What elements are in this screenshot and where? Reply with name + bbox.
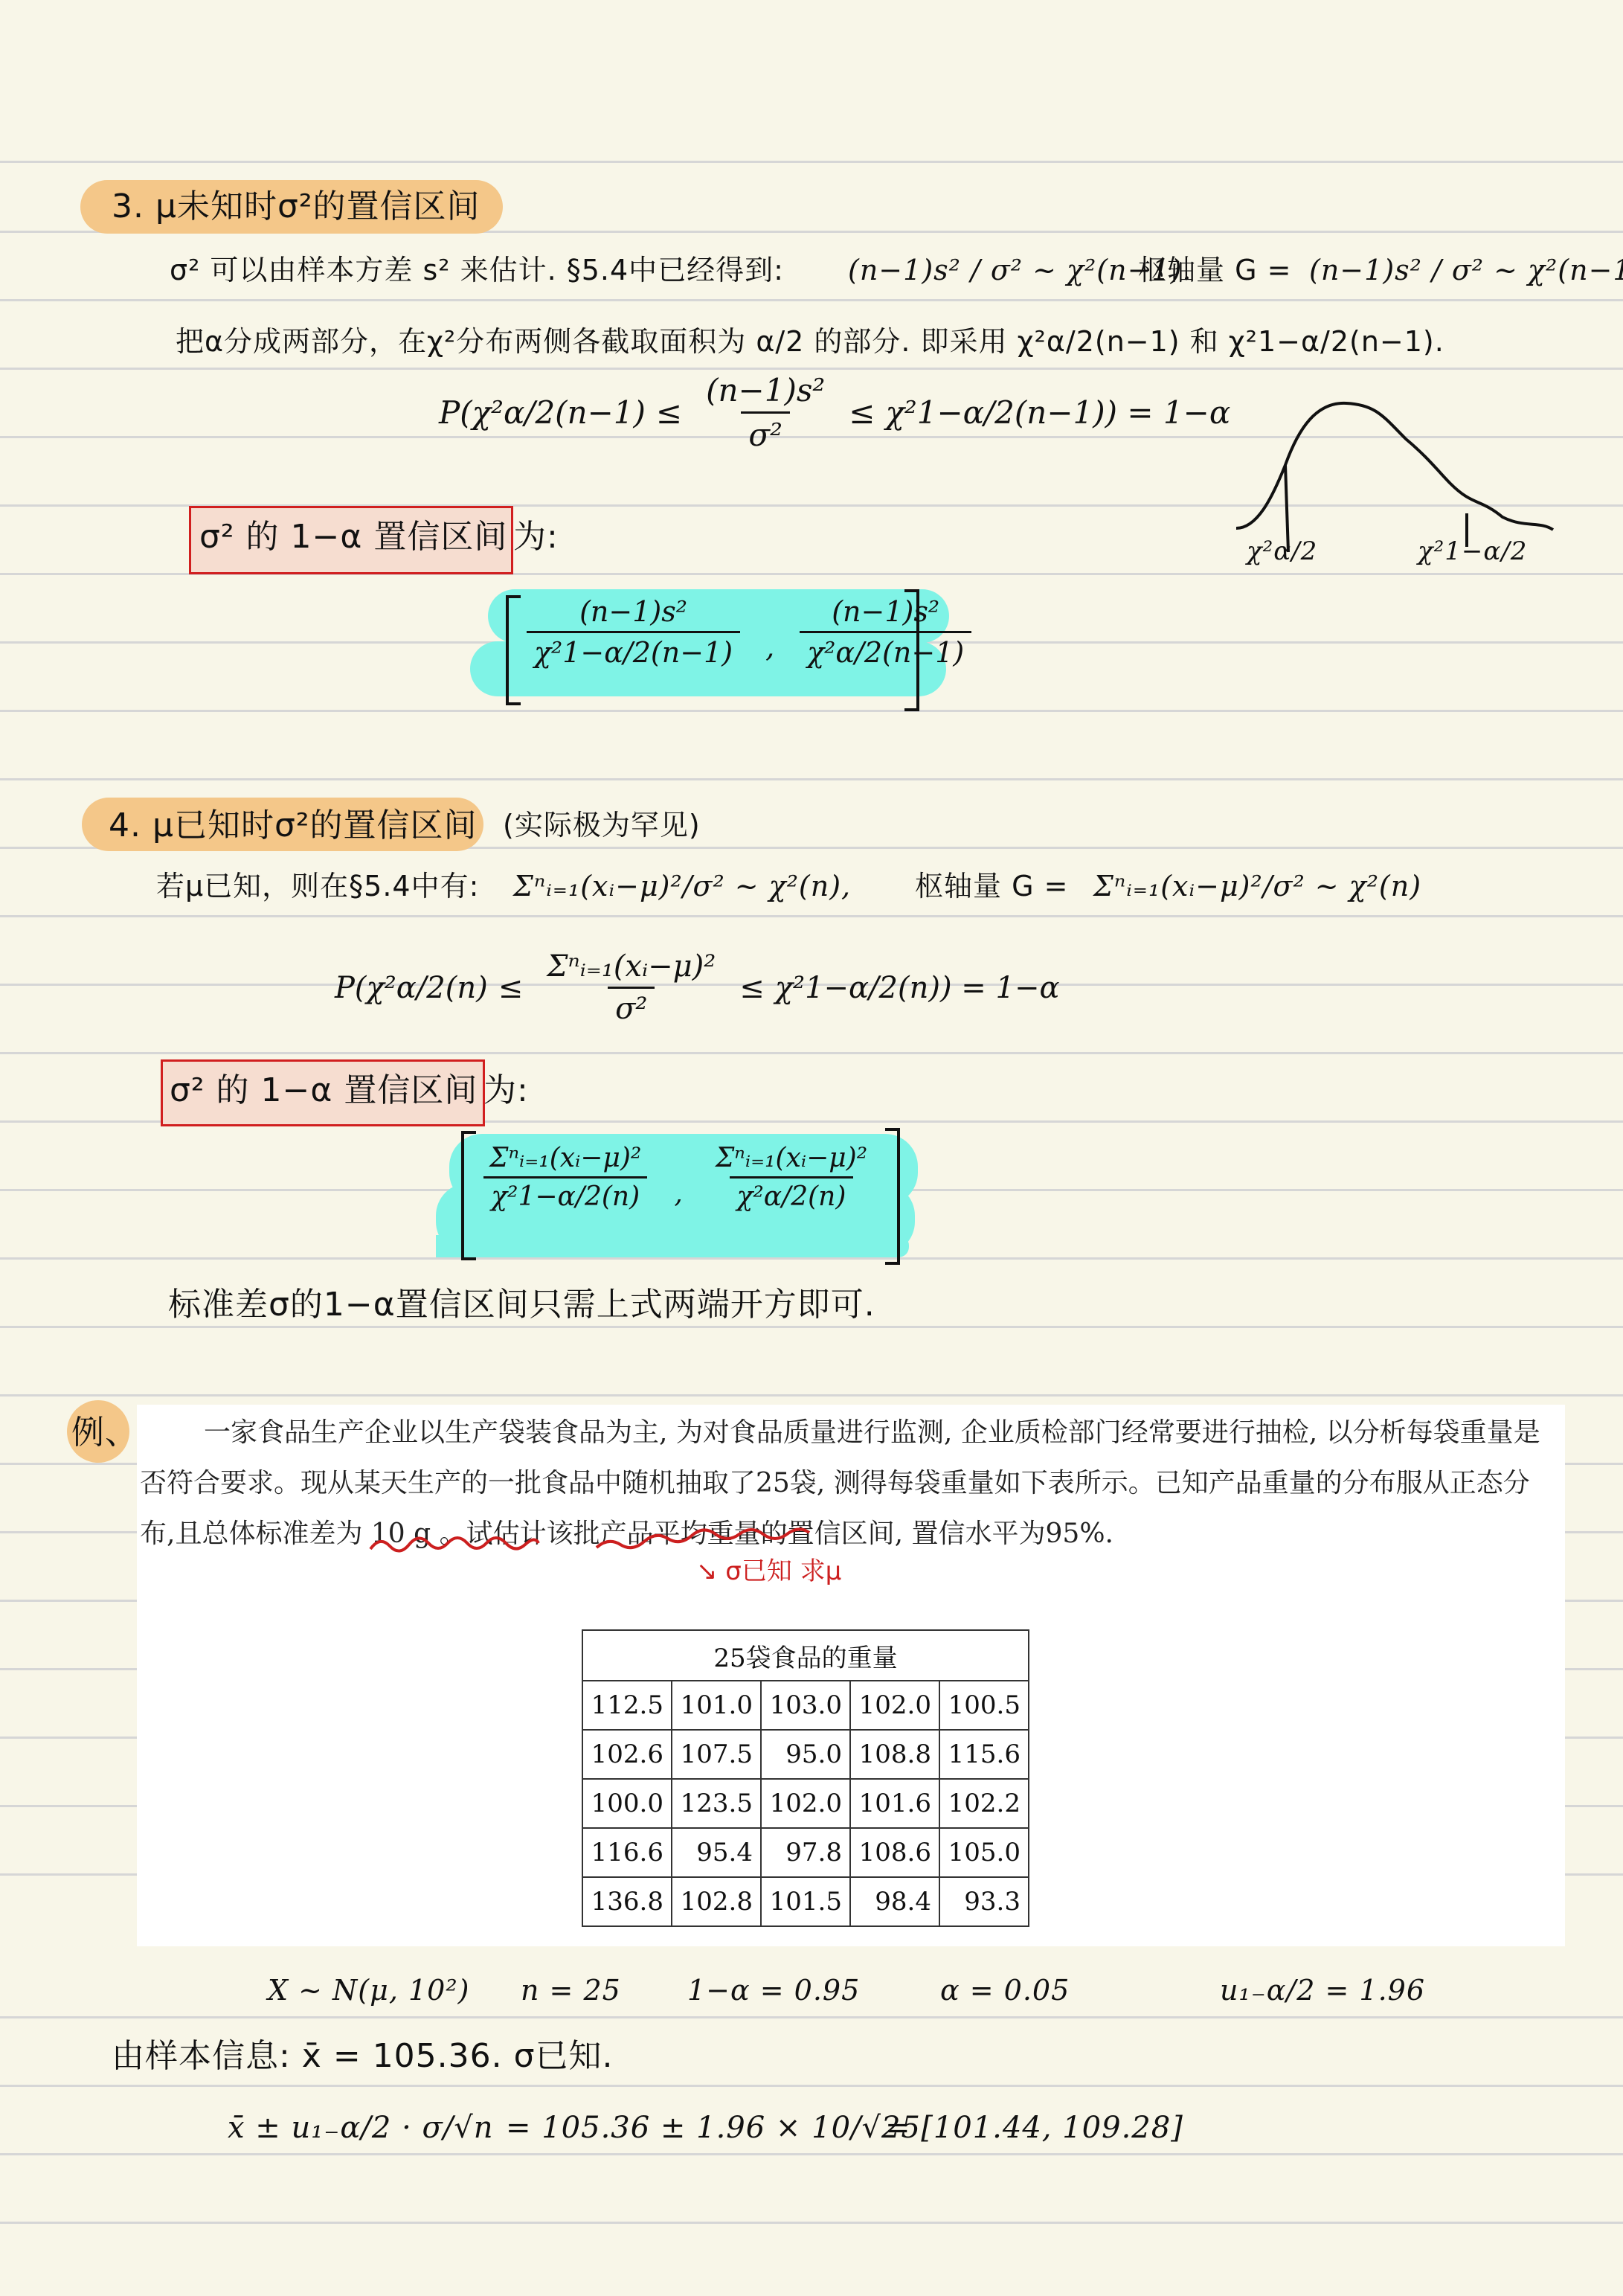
- table-cell: 95.0: [761, 1730, 850, 1779]
- interval-left-den: χ²1−α/2(n−1): [527, 631, 740, 669]
- section3-pivot-label: 枢轴量 G =: [1138, 256, 1291, 284]
- section4-boxed-suffix: 为:: [483, 1074, 529, 1107]
- rule-line: [0, 161, 1623, 163]
- table-cell: 108.8: [850, 1730, 939, 1779]
- section4-line1-formula: Σⁿᵢ₌₁(xᵢ−μ)²/σ² ~ χ²(n),: [513, 872, 851, 900]
- table-cell: 136.8: [582, 1877, 672, 1926]
- rule-line: [0, 2085, 1623, 2087]
- table-cell: 102.0: [761, 1779, 850, 1828]
- table-cell: 102.6: [582, 1730, 672, 1779]
- section3-boxed-suffix: 为:: [513, 521, 559, 554]
- table-row: 100.0 123.5 102.0 101.6 102.2: [582, 1779, 1029, 1828]
- given-n: n = 25: [521, 1976, 621, 2004]
- table-cell: 107.5: [672, 1730, 761, 1779]
- example-badge: 例、: [71, 1417, 138, 1449]
- table-caption: 25袋食品的重量: [582, 1630, 1029, 1681]
- prob-prefix: P(: [439, 394, 472, 431]
- table-row: 102.6 107.5 95.0 108.8 115.6: [582, 1730, 1029, 1779]
- section3-pivot-formula: (n−1)s² / σ² ~ χ²(n−1): [1309, 256, 1623, 284]
- interval-right-den: χ²α/2(n−1): [800, 631, 971, 669]
- interval-separator: ,: [674, 1179, 682, 1209]
- interval-right-fraction: (n−1)s² χ²α/2(n−1): [800, 595, 971, 669]
- rule-line: [0, 1326, 1623, 1328]
- table-row: 116.6 95.4 97.8 108.6 105.0: [582, 1828, 1029, 1877]
- prob-suffix: ) = 1−α: [1105, 394, 1231, 431]
- prob-op1: ≤: [656, 394, 682, 431]
- left-bracket: [506, 595, 521, 705]
- interval-left-fraction: (n−1)s² χ²1−α/2(n−1): [527, 595, 740, 669]
- interval-left-num: Σⁿᵢ₌₁(xᵢ−μ)²: [482, 1143, 649, 1176]
- prob-suffix: ) = 1−α: [940, 971, 1060, 1005]
- table-cell: 95.4: [672, 1828, 761, 1877]
- table-row: 112.5 101.0 103.0 102.0 100.5: [582, 1681, 1029, 1730]
- table-cell: 98.4: [850, 1877, 939, 1926]
- solution-formula-mid: = 105.36 ± 1.96 × 10/√25: [506, 2113, 921, 2143]
- section4-pivot-label: 枢轴量 G =: [915, 872, 1068, 900]
- table-cell: 103.0: [761, 1681, 850, 1730]
- section4-pivot-formula: Σⁿᵢ₌₁(xᵢ−μ)²/σ² ~ χ²(n): [1093, 872, 1421, 900]
- table-cell: 102.2: [939, 1779, 1029, 1828]
- right-bracket: [885, 1128, 900, 1265]
- prob-right: χ²1−α/2(n): [775, 971, 940, 1005]
- section4-probability-formula: P( χ²α/2(n) ≤ Σⁿᵢ₌₁(xᵢ−μ)² σ² ≤ χ²1−α/2(…: [335, 949, 1060, 1026]
- section4-heading: 4. μ已知时σ²的置信区间: [109, 809, 478, 842]
- rule-line: [0, 1394, 1623, 1396]
- table-cell: 108.6: [850, 1828, 939, 1877]
- red-annotation: ↘ σ已知 求μ: [696, 1551, 841, 1587]
- table-cell: 105.0: [939, 1828, 1029, 1877]
- interval-right-den: χ²α/2(n): [730, 1176, 854, 1212]
- prob-prefix: P(: [335, 971, 367, 1005]
- section4-heading-note: (实际极为罕见): [503, 811, 701, 839]
- section3-line1-text: σ² 可以由样本方差 s² 来估计. §5.4中已经得到:: [170, 256, 784, 284]
- table-cell: 102.8: [672, 1877, 761, 1926]
- wavy-underline-normal-distribution: [369, 1533, 540, 1555]
- rule-line: [0, 368, 1623, 370]
- prob-den: σ²: [741, 411, 790, 453]
- table-cell: 123.5: [672, 1779, 761, 1828]
- given-distribution: X ~ N(μ, 10²): [268, 1976, 469, 2004]
- sketch-label-right: χ²1−α/2: [1418, 539, 1527, 564]
- sketch-label-left: χ²α/2: [1247, 539, 1317, 564]
- prob-op2: ≤: [849, 394, 875, 431]
- section4-interval: Σⁿᵢ₌₁(xᵢ−μ)² χ²1−α/2(n) , Σⁿᵢ₌₁(xᵢ−μ)² χ…: [476, 1143, 881, 1212]
- table-row: 136.8 102.8 101.5 98.4 93.3: [582, 1877, 1029, 1926]
- prob-left: χ²α/2(n): [367, 971, 488, 1005]
- table-cell: 97.8: [761, 1828, 850, 1877]
- table-cell: 112.5: [582, 1681, 672, 1730]
- rule-line: [0, 1257, 1623, 1260]
- table-caption-row: 25袋食品的重量: [582, 1630, 1029, 1681]
- table-cell: 93.3: [939, 1877, 1029, 1926]
- prob-den: σ²: [608, 987, 655, 1026]
- table-cell: 115.6: [939, 1730, 1029, 1779]
- section3-probability-formula: P( χ²α/2(n−1) ≤ (n−1)s² σ² ≤ χ²1−α/2(n−1…: [439, 372, 1230, 453]
- prob-num: Σⁿᵢ₌₁(xᵢ−μ)²: [539, 949, 723, 987]
- wavy-underline-std-dev: [595, 1527, 811, 1553]
- table-cell: 116.6: [582, 1828, 672, 1877]
- section4-boxed-label: σ² 的 1−α 置信区间: [170, 1074, 478, 1107]
- rule-line: [0, 299, 1623, 301]
- section3-interval: (n−1)s² χ²1−α/2(n−1) , (n−1)s² χ²α/2(n−1…: [521, 595, 977, 669]
- prob-left: χ²α/2(n−1): [472, 394, 646, 431]
- interval-right-num: Σⁿᵢ₌₁(xᵢ−μ)²: [708, 1143, 875, 1176]
- table-cell: 100.0: [582, 1779, 672, 1828]
- solution-sample-info: 由样本信息: x̄ = 105.36. σ已知.: [112, 2040, 614, 2073]
- prob-num: (n−1)s²: [698, 372, 832, 411]
- section3-boxed-label: σ² 的 1−α 置信区间: [199, 521, 507, 554]
- rule-line: [0, 2153, 1623, 2155]
- prob-op1: ≤: [498, 971, 524, 1005]
- table-cell: 101.5: [761, 1877, 850, 1926]
- interval-left-fraction: Σⁿᵢ₌₁(xᵢ−μ)² χ²1−α/2(n): [482, 1143, 649, 1212]
- solution-result: = [101.44, 109.28]: [885, 2113, 1183, 2143]
- section3-line2-text: 把α分成两部分，在χ²分布两侧各截取面积为 α/2 的部分. 即采用 χ²α/2…: [176, 327, 1444, 356]
- interval-left-den: χ²1−α/2(n): [483, 1176, 647, 1212]
- table-cell: 101.0: [672, 1681, 761, 1730]
- section4-closing-text: 标准差σ的1−α置信区间只需上式两端开方即可.: [168, 1289, 875, 1321]
- table-cell: 102.0: [850, 1681, 939, 1730]
- interval-separator: ,: [765, 631, 774, 664]
- prob-right: χ²1−α/2(n−1): [885, 394, 1105, 431]
- rule-line: [0, 710, 1623, 712]
- section3-heading: 3. μ未知时σ²的置信区间: [112, 190, 481, 223]
- interval-left-num: (n−1)s²: [572, 595, 695, 631]
- interval-right-fraction: Σⁿᵢ₌₁(xᵢ−μ)² χ²α/2(n): [708, 1143, 875, 1212]
- given-confidence: 1−α = 0.95: [687, 1976, 860, 2004]
- table-cell: 101.6: [850, 1779, 939, 1828]
- weights-table: 25袋食品的重量 112.5 101.0 103.0 102.0 100.5 1…: [582, 1629, 1029, 1927]
- rule-line: [0, 778, 1623, 780]
- prob-op2: ≤: [739, 971, 765, 1005]
- table-cell: 100.5: [939, 1681, 1029, 1730]
- prob-fraction: Σⁿᵢ₌₁(xᵢ−μ)² σ²: [539, 949, 723, 1026]
- interval-right-num: (n−1)s²: [824, 595, 947, 631]
- solution-formula-lhs: x̄ ± u₁₋α/2 · σ/√n: [228, 2113, 494, 2143]
- prob-fraction: (n−1)s² σ²: [698, 372, 832, 453]
- rule-line: [0, 1052, 1623, 1054]
- rule-line: [0, 2016, 1623, 2018]
- rule-line: [0, 915, 1623, 917]
- given-critical-value: u₁₋α/2 = 1.96: [1220, 1976, 1425, 2004]
- given-alpha: α = 0.05: [940, 1976, 1070, 2004]
- rule-line: [0, 2222, 1623, 2224]
- highlight-band: [436, 1235, 909, 1257]
- example-paragraph: 一家食品生产企业以生产袋装食品为主, 为对食品质量进行监测, 企业质检部门经常要…: [140, 1408, 1553, 1559]
- left-bracket: [461, 1131, 476, 1260]
- section4-line1-text: 若μ已知，则在§5.4中有:: [156, 872, 479, 900]
